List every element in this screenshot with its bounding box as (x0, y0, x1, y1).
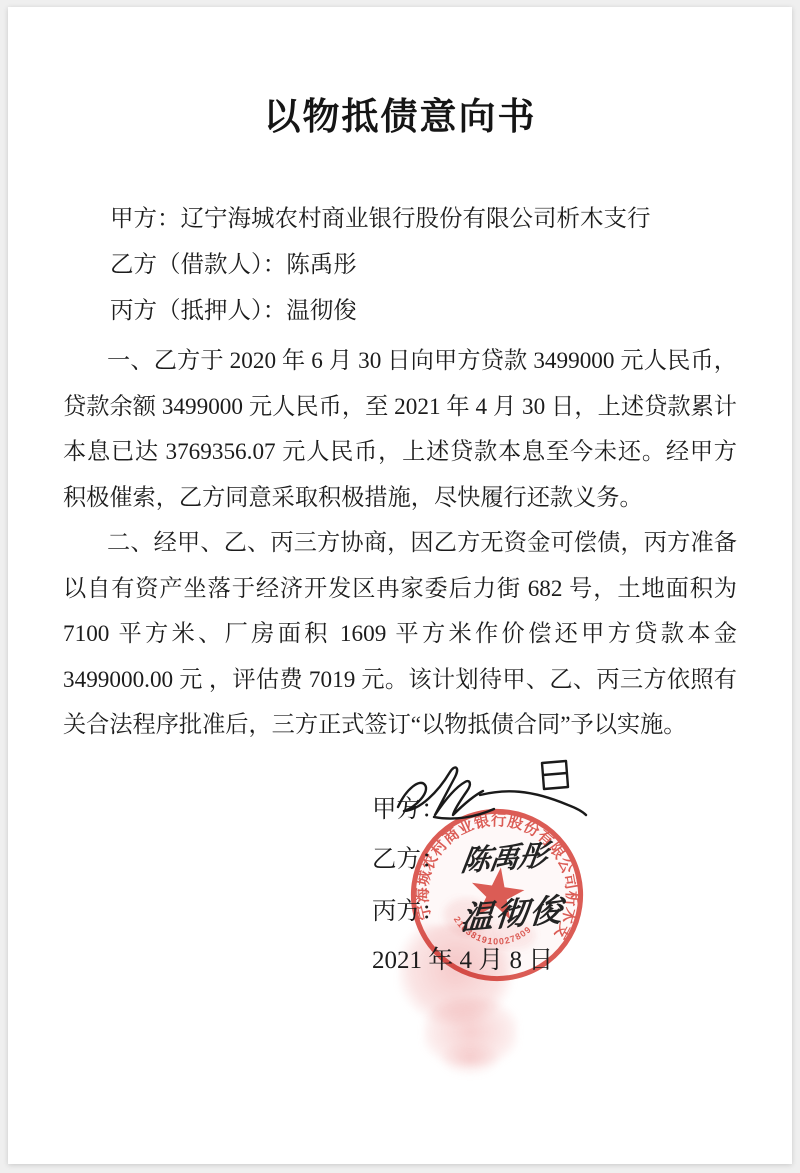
party-c-handwritten-signature: 温彻俊 (458, 885, 566, 943)
seal-smudge (440, 1042, 500, 1076)
signature-date: 2021 年 4 月 8 日 (372, 936, 737, 985)
party-a-name: 辽宁海城农村商业银行股份有限公司析木支行 (181, 206, 651, 232)
signature-section: 甲方： 乙方： 陈禹彤 丙方： 温彻俊 2021 年 4 月 8 日 (372, 785, 737, 985)
party-b-handwritten-signature: 陈禹彤 (457, 832, 549, 887)
party-b-label: 乙方（借款人）： (110, 252, 286, 278)
party-line-c: 丙方（抵押人）：温彻俊 (63, 288, 737, 334)
document-page: 以物抵债意向书 甲方：辽宁海城农村商业银行股份有限公司析木支行 乙方（借款人）：… (8, 7, 792, 1164)
party-a-label: 甲方： (110, 206, 181, 232)
paragraph-2: 二、经甲、乙、丙三方协商，因乙方无资金可偿债，丙方准备以自有资产坐落于经济开发区… (63, 521, 737, 749)
party-c-label: 丙方（抵押人）： (110, 298, 286, 324)
paragraph-1: 一、乙方于 2020 年 6 月 30 日向甲方贷款 3499000 元人民币，… (63, 339, 737, 521)
signature-row-a: 甲方： (372, 785, 737, 834)
party-line-b: 乙方（借款人）：陈禹彤 (63, 242, 737, 288)
signature-row-c: 丙方： 温彻俊 (372, 884, 737, 936)
document-content: 以物抵债意向书 甲方：辽宁海城农村商业银行股份有限公司析木支行 乙方（借款人）：… (8, 7, 792, 985)
signature-label-a: 甲方： (372, 785, 446, 834)
body-section: 一、乙方于 2020 年 6 月 30 日向甲方贷款 3499000 元人民币，… (63, 339, 737, 749)
signature-label-b: 乙方： (372, 835, 446, 884)
seal-smudge (423, 997, 518, 1067)
document-title: 以物抵债意向书 (63, 7, 737, 140)
signature-row-b: 乙方： 陈禹彤 (372, 834, 737, 884)
parties-section: 甲方：辽宁海城农村商业银行股份有限公司析木支行 乙方（借款人）：陈禹彤 丙方（抵… (63, 196, 737, 334)
party-line-a: 甲方：辽宁海城农村商业银行股份有限公司析木支行 (63, 196, 737, 242)
signature-label-c: 丙方： (372, 887, 446, 936)
party-c-name: 温彻俊 (286, 298, 357, 324)
party-b-name: 陈禹彤 (286, 252, 357, 278)
